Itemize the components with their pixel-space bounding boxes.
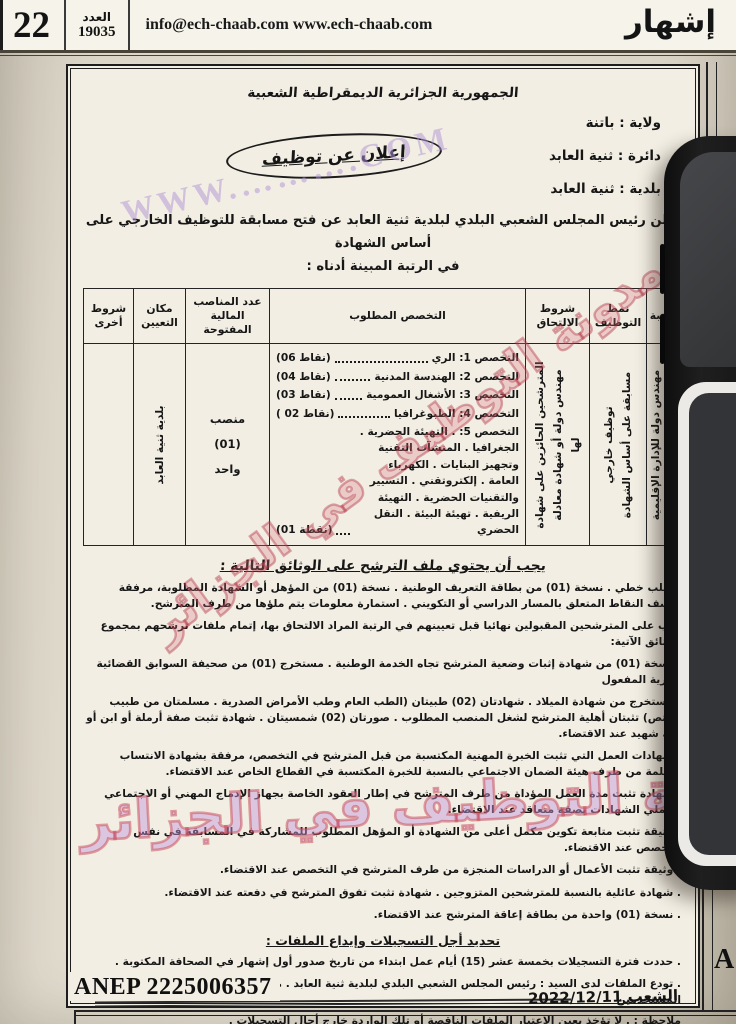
phone-screen [689, 393, 736, 855]
wilaya-line: ولاية : باتنة [549, 115, 661, 131]
document-item: . طلب خطي . نسخة (01) من بطاقة التعريف ا… [85, 580, 681, 612]
republic-title: الجمهورية الجزائرية الديمقراطية الشعبية [78, 85, 687, 101]
document-item: . شهادة عائلية بالنسبة للمترشحين المتزوج… [85, 885, 681, 901]
neighbor-column-border-bottom [702, 886, 713, 1010]
document-item: . شهادة تثبت مدة العمل المؤداة من طرف ال… [85, 786, 681, 818]
cell-mode: توظيف خارجي مسابقة على أساس الشهادة [590, 344, 647, 545]
bottom-ad-box-edge [74, 1010, 736, 1024]
section-title: إشهار [617, 4, 736, 46]
document-item: يجب على المترشحين المقبولين نهائيا قبل ت… [85, 618, 681, 650]
smartphone [664, 136, 736, 890]
table-row: مهندس دولة للإدارة الإقليمية في التسيير … [84, 344, 683, 545]
announcement-content: الجمهورية الجزائرية الديمقراطية الشعبية … [70, 68, 696, 1004]
specialty-item: التخصص 2: الهندسة المدنية (04 نقاط) [276, 369, 519, 385]
issue-number: 19035 [78, 24, 116, 41]
title-oval: إعلان عن توظيف [225, 128, 443, 183]
title-oval-wrap: إعلان عن توظيف [79, 115, 549, 197]
table-header-row: الرتبة نمط التوظيف شروط الالتحاق التخصص … [84, 289, 683, 344]
announcement-title: إعلان عن توظيف [262, 142, 407, 170]
cell-conditions: المترشحين الحائزين على شهادة مهندس دولة … [526, 344, 590, 545]
col-other: شروط أخرى [84, 289, 134, 344]
neighbor-partial-letter: A [714, 944, 734, 976]
specialty-item: التخصص 5: . التهيئة الحضرية . الجغرافيا … [276, 424, 519, 539]
issue-block: العدد 19035 [66, 8, 128, 43]
document-item: . شهادات العمل التي تثبت الخبرة المهنية … [85, 748, 681, 780]
lede-line1: يعلن رئيس المجلس الشعبي البلدي لبلدية ثن… [86, 213, 680, 251]
document-item: . نسخة (01) واحدة من بطاقة إعاقة المترشح… [85, 907, 681, 923]
header-rule [0, 50, 736, 57]
dotted-leader [335, 379, 371, 381]
bottom-box-corner [74, 1010, 76, 1024]
lede-paragraph: يعلن رئيس المجلس الشعبي البلدي لبلدية ثن… [79, 209, 687, 278]
specialty-item: التخصص 1: الري (06 نقاط) [276, 350, 519, 366]
cell-location: بلدية ثنية العابد [134, 344, 186, 545]
specialty-item: التخصص 3: الأشغال العمومية (03 نقاط) [276, 387, 519, 403]
phone-bezel [678, 382, 736, 866]
col-mode: نمط التوظيف [590, 289, 647, 344]
dotted-leader [335, 361, 428, 363]
issue-label: العدد [83, 10, 111, 24]
col-positions: عدد المناصب المالية المفتوحة [186, 289, 270, 344]
newspaper-header: 22 العدد 19035 info@ech-chaab.com www.ec… [0, 0, 736, 50]
deadline-item: . حددت فترة التسجيلات بخمسة عشر (15) أيا… [85, 954, 681, 970]
col-conditions: شروط الالتحاق [526, 289, 590, 344]
volume-button [660, 314, 665, 364]
cell-specialties: التخصص 1: الري (06 نقاط) التخصص 2: الهند… [270, 344, 526, 545]
contact-info: info@ech-chaab.com www.ech-chaab.com [130, 16, 617, 34]
document-item: . وثيقة تثبت الأعمال أو الدراسات المنجزة… [85, 862, 681, 878]
document-item: . مستخرج من شهادة الميلاد . شهادتان (02)… [85, 694, 681, 742]
col-location: مكان التعيين [134, 289, 186, 344]
announcement-box: الجمهورية الجزائرية الديمقراطية الشعبية … [66, 64, 700, 1008]
specialty-item: التخصص 4: الطبوغرافيا ( 02 نقاط) [276, 406, 519, 422]
dotted-leader [335, 398, 362, 400]
intro-row: ولاية : باتنة دائرة : ثنية العابد بلدية … [79, 115, 687, 197]
volume-button [660, 244, 665, 294]
lede-line2: في الرتبة المبينة أدناه : [306, 259, 459, 274]
dotted-leader [338, 416, 390, 418]
cell-positions: منصب (01) واحد [186, 344, 270, 545]
dotted-leader [336, 533, 350, 535]
daira-line: دائرة : ثنية العابد [549, 148, 661, 164]
document-item: . وثيقة تثبت متابعة تكوين مكمل أعلى من ا… [85, 824, 681, 856]
anep-reference: ANEP 2225006357 [70, 972, 280, 1001]
col-specialty: التخصص المطلوب [270, 289, 526, 344]
cell-other [84, 344, 134, 545]
deadlines-heading: تحديد أجل التسجيلات وإيداع الملفات : [79, 933, 687, 948]
phone-screen-top [680, 152, 736, 367]
recruitment-table: الرتبة نمط التوظيف شروط الالتحاق التخصص … [83, 288, 683, 545]
commune-line: بلدية : ثنية العابد [549, 181, 661, 197]
newspaper-photo: 22 العدد 19035 info@ech-chaab.com www.ec… [0, 0, 736, 1024]
documents-heading: يجب أن يحتوي ملف الترشح على الوثائق التا… [78, 558, 687, 574]
document-item: . نسخة (01) من شهادة إثبات وضعية المترشح… [85, 656, 681, 688]
page-number: 22 [3, 4, 64, 47]
paper-name-date: الشعب 2022/12/11 [522, 986, 684, 1007]
